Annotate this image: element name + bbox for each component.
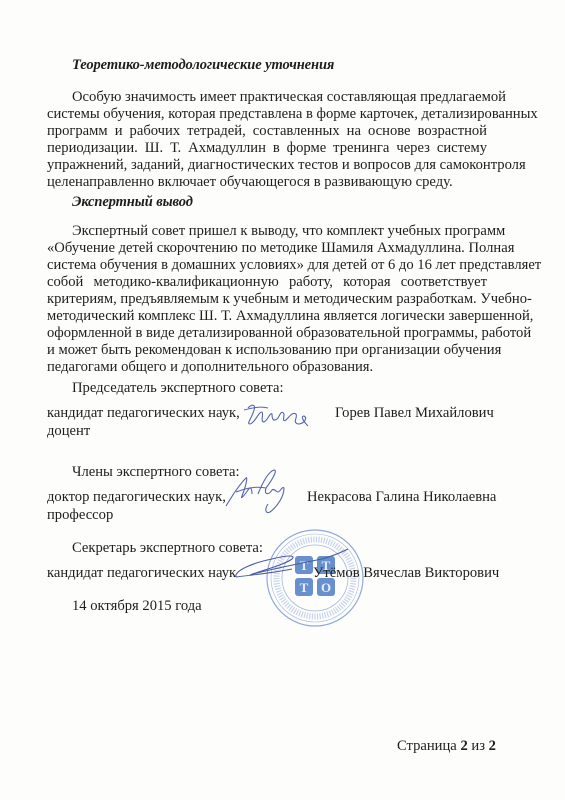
paragraph-line: педагогами общего и дополнительного обра… [47, 359, 487, 376]
member-title: профессор [47, 507, 113, 524]
member-signature-icon [222, 466, 294, 514]
paragraph-line: собой методико-квалификационную работу, … [47, 274, 487, 291]
paragraph-line: периодизации. Ш. Т. Ахмадуллин в форме т… [47, 140, 487, 157]
member-name: Некрасова Галина Николаевна [307, 489, 496, 506]
paragraph-line: система обучения в домашних условиях» дл… [47, 257, 487, 274]
document-date: 14 октября 2015 года [72, 598, 202, 615]
document-page: Теоретико-методологические уточнения Осо… [0, 0, 565, 800]
chair-signature-icon [242, 400, 317, 432]
paragraph-line: «Обучение детей скорочтению по методике … [47, 240, 487, 257]
paragraph-line: оформленной в виде детализированной обра… [47, 325, 487, 342]
member-role: Члены экспертного совета: [72, 464, 240, 481]
paragraph-line: упражнений, заданий, диагностических тес… [47, 157, 487, 174]
paragraph-line: Экспертный совет пришел к выводу, что ко… [47, 223, 487, 240]
paragraph-line: Особую значимость имеет практическая сос… [47, 89, 487, 106]
page-separator: из [471, 738, 485, 754]
paragraph-line: целенаправленно включает обучающегося в … [47, 174, 487, 191]
paragraph-line: системы обучения, которая представлена в… [47, 106, 487, 123]
section-heading-theory: Теоретико-методологические уточнения [72, 57, 334, 74]
page-total: 2 [489, 738, 496, 754]
secretary-degree: кандидат педагогических наук [47, 565, 236, 582]
chair-title: доцент [47, 423, 90, 440]
page-label: Страница [397, 738, 457, 754]
page-number: Страница 2 из 2 [397, 738, 496, 755]
paragraph-line: программ и рабочих тетрадей, составленны… [47, 123, 487, 140]
paragraph-conclusion: Экспертный совет пришел к выводу, что ко… [47, 223, 487, 376]
secretary-signature-icon [232, 545, 352, 585]
paragraph-theory: Особую значимость имеет практическая сос… [47, 89, 487, 191]
chair-name: Горев Павел Михайлович [335, 405, 494, 422]
chair-role: Председатель экспертного совета: [72, 380, 284, 397]
section-heading-conclusion: Экспертный вывод [72, 194, 193, 211]
paragraph-line: критериям, предъявляемым к учебным и мет… [47, 291, 487, 308]
member-degree: доктор педагогических наук, [47, 489, 226, 506]
paragraph-line: и может быть рекомендован к использовани… [47, 342, 487, 359]
chair-degree: кандидат педагогических наук, [47, 405, 240, 422]
paragraph-line: методический комплекс Ш. Т. Ахмадуллина … [47, 308, 487, 325]
page-current: 2 [460, 738, 467, 754]
